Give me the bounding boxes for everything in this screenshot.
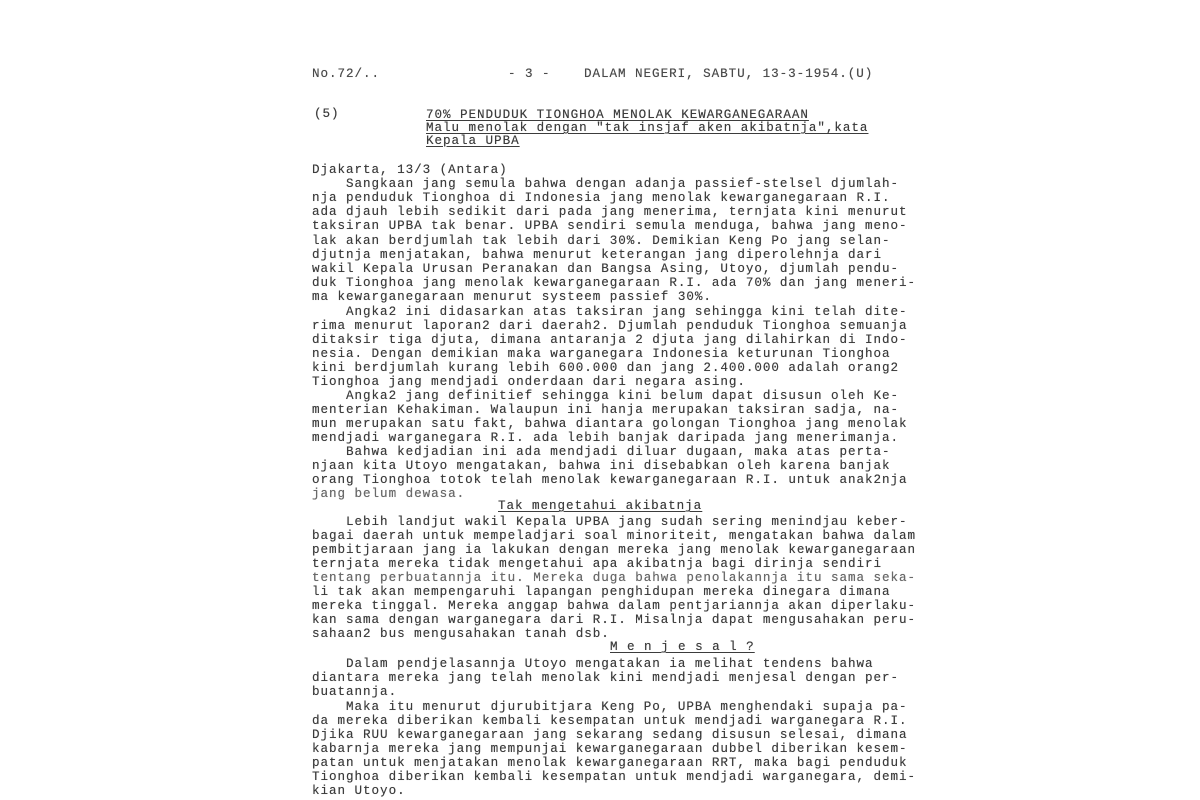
body-line: li tak akan mempengaruhi lapangan penghi… — [312, 585, 891, 599]
body-line: nesia. Dengan demikian maka warganegara … — [312, 347, 891, 361]
body-line: lak akan berdjumlah tak lebih dari 30%. … — [312, 234, 891, 248]
body-line: ditaksir tiga djuta, dimana antaranja 2 … — [312, 333, 908, 347]
body-line: kabarnja mereka jang mempunjai kewargane… — [312, 742, 908, 756]
body-line: Djika RUU kewarganegaraan jang sekarang … — [312, 728, 908, 742]
body-line: tentang perbuatannja itu. Mereka duga ba… — [312, 571, 916, 585]
body-line: Tionghoa diberikan kembali kesempatan un… — [312, 770, 916, 784]
body-line: djutnja menjatakan, bahwa menurut ketera… — [312, 248, 882, 262]
document-number: No.72/.. — [312, 67, 380, 81]
body-line: Bahwa kedjadian ini ada mendjadi diluar … — [312, 445, 891, 459]
body-line: Sangkaan jang semula bahwa dengan adanja… — [312, 177, 899, 191]
body-line: mereka tinggal. Mereka anggap bahwa dala… — [312, 599, 916, 613]
body-line: patan untuk menjatakan menolak kewargane… — [312, 756, 908, 770]
body-line: da mereka diberikan kembali kesempatan u… — [312, 714, 908, 728]
body-line: mun merupakan satu fakt, bahwa diantara … — [312, 417, 908, 431]
body-line: Angka2 jang definitief sehingga kini bel… — [312, 389, 899, 403]
body-line: sahaan2 bus mengusahakan tanah dsb. — [312, 627, 610, 641]
body-line: Angka2 ini didasarkan atas taksiran jang… — [312, 305, 908, 319]
body-line: jang belum dewasa. — [312, 487, 465, 501]
body-line: wakil Kepala Urusan Peranakan dan Bangsa… — [312, 262, 899, 276]
body-line: diantara mereka jang telah menolak kini … — [312, 671, 899, 685]
body-line: nja penduduk Tionghoa di Indonesia jang … — [312, 191, 891, 205]
article-title: 70% PENDUDUK TIONGHOA MENOLAK KEWARGANEG… — [426, 108, 809, 122]
body-line: kan sama dengan warganegara dari R.I. Mi… — [312, 613, 916, 627]
section-heading-tak-mengetahui: Tak mengetahui akibatnja — [498, 499, 702, 513]
body-line: ma kewarganegaraan menurut systeem passi… — [312, 290, 712, 304]
page-number: - 3 - — [508, 67, 551, 81]
body-line: Lebih landjut wakil Kepala UPBA jang sud… — [312, 515, 908, 529]
body-line: kini berdjumlah kurang lebih 600.000 dan… — [312, 361, 899, 375]
section-date: DALAM NEGERI, SABTU, 13-3-1954.(U) — [584, 67, 873, 81]
article-index: (5) — [314, 107, 340, 121]
body-line: orang Tionghoa totok telah menolak kewar… — [312, 473, 908, 487]
body-line: Tionghoa jang mendjadi onderdaan dari ne… — [312, 375, 746, 389]
document-page: No.72/.. - 3 - DALAM NEGERI, SABTU, 13-3… — [300, 0, 900, 800]
body-line: bagai daerah untuk mempeladjari soal min… — [312, 529, 916, 543]
body-line: menterian Kehakiman. Walaupun ini hanja … — [312, 403, 899, 417]
body-line: taksiran UPBA tak benar. UPBA sendiri se… — [312, 219, 908, 233]
dateline: Djakarta, 13/3 (Antara) — [312, 163, 508, 177]
article-subtitle-line-2: Kepala UPBA — [426, 134, 520, 148]
body-line: rima menurut laporan2 dari daerah2. Djum… — [312, 319, 908, 333]
body-line: Dalam pendjelasannja Utoyo mengatakan ia… — [312, 657, 874, 671]
body-line: buatannja. — [312, 685, 397, 699]
body-line: kian Utoyo. — [312, 784, 406, 798]
body-line: Maka itu menurut djurubitjara Keng Po, U… — [312, 700, 908, 714]
section-heading-menjesal: M e n j e s a l ? — [610, 640, 755, 654]
body-line: njaan kita Utoyo mengatakan, bahwa ini d… — [312, 459, 891, 473]
body-line: duk Tionghoa jang menolak kewarganegaraa… — [312, 276, 916, 290]
body-line: ternjata mereka tidak mengetahui apa aki… — [312, 557, 882, 571]
body-line: ada djauh lebih sedikit dari pada jang m… — [312, 205, 908, 219]
body-line: mendjadi warganegara R.I. ada lebih banj… — [312, 431, 899, 445]
body-line: pembitjaraan jang ia lakukan dengan mere… — [312, 543, 916, 557]
article-subtitle-line-1: Malu menolak dengan "tak insjaf aken aki… — [426, 121, 868, 135]
